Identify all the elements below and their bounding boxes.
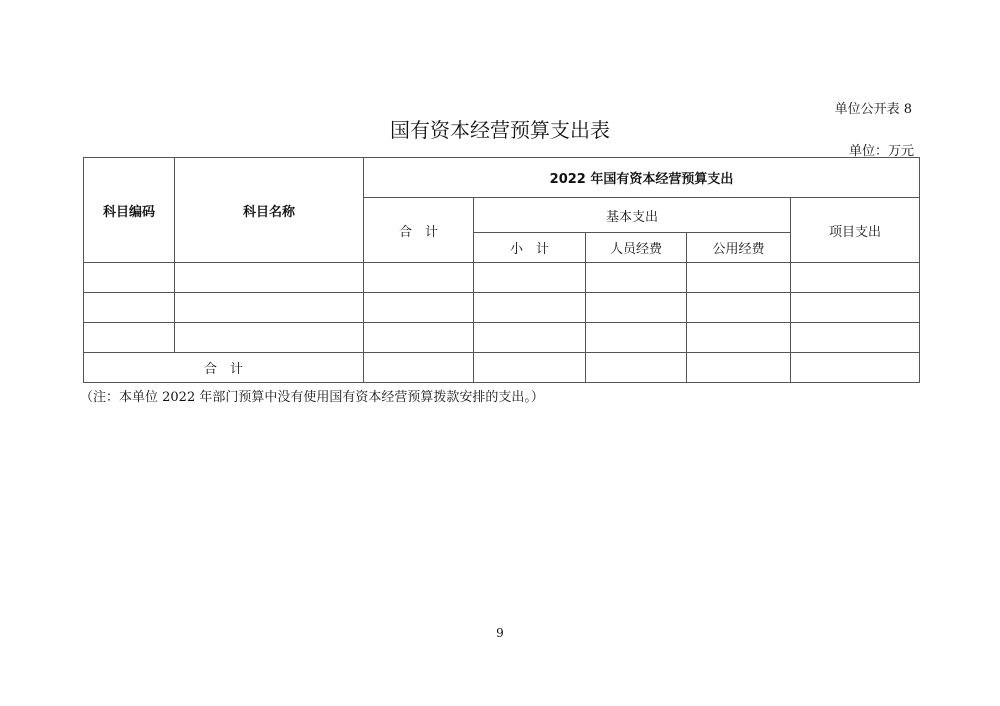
table-row (84, 323, 920, 353)
total-row: 合 计 (84, 353, 920, 383)
cell-total (364, 293, 474, 323)
cell-name (175, 263, 364, 293)
header-public: 公用经费 (687, 233, 791, 263)
cell-total (364, 263, 474, 293)
cell-personnel (586, 293, 687, 323)
cell-code (84, 323, 175, 353)
total-cell-public (687, 353, 791, 383)
total-cell-total (364, 353, 474, 383)
cell-public (687, 293, 791, 323)
total-cell-personnel (586, 353, 687, 383)
page-title: 国有资本经营预算支出表 (0, 114, 1000, 143)
cell-project (791, 293, 920, 323)
cell-subtotal (474, 263, 586, 293)
cell-personnel (586, 323, 687, 353)
cell-subtotal (474, 293, 586, 323)
cell-subtotal (474, 323, 586, 353)
cell-public (687, 263, 791, 293)
header-total: 合 计 (364, 198, 474, 263)
cell-total (364, 323, 474, 353)
page-number: 9 (0, 626, 1000, 640)
table-row (84, 293, 920, 323)
header-group-title: 2022 年国有资本经营预算支出 (364, 158, 920, 198)
header-subtotal: 小 计 (474, 233, 586, 263)
cell-code (84, 263, 175, 293)
cell-personnel (586, 263, 687, 293)
cell-project (791, 323, 920, 353)
total-cell-project (791, 353, 920, 383)
cell-project (791, 263, 920, 293)
cell-public (687, 323, 791, 353)
cell-code (84, 293, 175, 323)
footnote: （注：本单位 2022 年部门预算中没有使用国有资本经营预算拨款安排的支出。） (80, 386, 544, 405)
table-row (84, 263, 920, 293)
total-cell-subtotal (474, 353, 586, 383)
header-project-expense: 项目支出 (791, 198, 920, 263)
cell-name (175, 323, 364, 353)
total-label: 合 计 (84, 353, 364, 383)
header-subject-name: 科目名称 (175, 158, 364, 263)
header-personnel: 人员经费 (586, 233, 687, 263)
header-subject-code: 科目编码 (84, 158, 175, 263)
header-basic-expense: 基本支出 (474, 198, 791, 233)
cell-name (175, 293, 364, 323)
budget-table: 科目编码 科目名称 2022 年国有资本经营预算支出 合 计 基本支出 项目支出… (83, 157, 920, 383)
